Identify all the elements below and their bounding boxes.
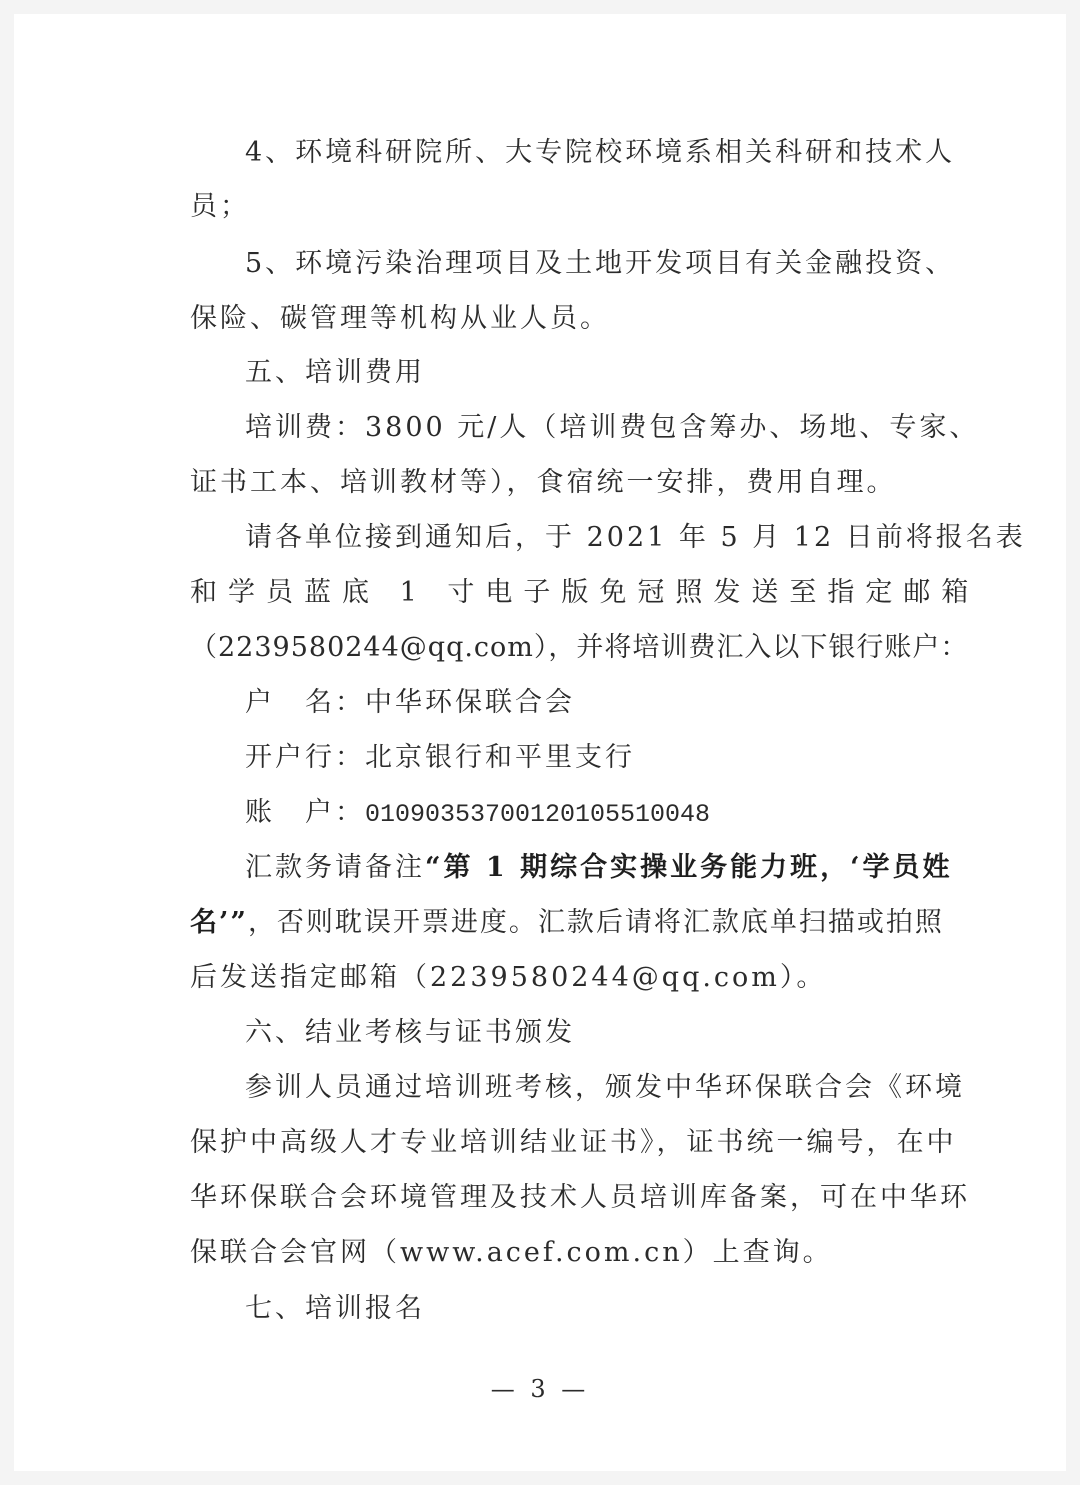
item-5-line-1: 5、环境污染治理项目及土地开发项目有关金融投资、 <box>245 247 925 281</box>
fee-line-2: 证书工本、培训教材等），食宿统一安排，费用自理。 <box>190 466 920 500</box>
bank-name-row: 开户行：北京银行和平里支行 <box>245 741 925 775</box>
remark-line-2: 名’”，否则耽误开票进度。汇款后请将汇款底单扫描或拍照 <box>190 906 920 940</box>
item-4-line-2: 员； <box>190 190 920 224</box>
account-number-row: 账 户：01090353700120105510048 <box>245 796 925 832</box>
remark-prefix: 汇款务请备注 <box>245 852 425 883</box>
section-7-heading: 七、培训报名 <box>245 1292 925 1326</box>
account-number-label: 账 户： <box>245 797 365 828</box>
bank-account-name-row: 户 名：中华环保联合会 <box>245 686 925 720</box>
remark-line-3: 后发送指定邮箱（2239580244@qq.com）。 <box>190 961 920 995</box>
certificate-line-3: 华环保联合会环境管理及技术人员培训库备案，可在中华环 <box>190 1181 920 1215</box>
item-4-line-1: 4、环境科研院所、大专院校环境系相关科研和技术人 <box>245 136 925 170</box>
notice-line-1: 请各单位接到通知后，于 2021 年 5 月 12 日前将报名表 <box>245 521 925 555</box>
account-name-label: 户 名： <box>245 687 365 718</box>
section-6-heading: 六、结业考核与证书颁发 <box>245 1016 925 1050</box>
section-5-heading: 五、培训费用 <box>245 356 925 390</box>
remark-bold-text-end: 名’” <box>190 907 248 938</box>
fee-line-1: 培训费：3800 元/人（培训费包含筹办、场地、专家、 <box>245 411 925 445</box>
bank-name-value: 北京银行和平里支行 <box>365 742 635 773</box>
bank-name-label: 开户行： <box>245 742 365 773</box>
remark-bold-text: “第 1 期综合实操业务能力班，‘学员姓 <box>425 852 953 883</box>
certificate-line-1: 参训人员通过培训班考核，颁发中华环保联合会《环境 <box>245 1071 925 1105</box>
account-number-value: 01090353700120105510048 <box>365 800 710 829</box>
page-number: — 3 — <box>0 1375 1080 1403</box>
remark-line-1: 汇款务请备注“第 1 期综合实操业务能力班，‘学员姓 <box>245 851 925 885</box>
notice-line-2: 和学员蓝底 1 寸电子版免冠照发送至指定邮箱 <box>190 576 920 610</box>
notice-line-3: （2239580244@qq.com），并将培训费汇入以下银行账户： <box>190 631 920 665</box>
item-5-line-2: 保险、碳管理等机构从业人员。 <box>190 302 920 336</box>
account-name-value: 中华环保联合会 <box>365 687 575 718</box>
certificate-line-2: 保护中高级人才专业培训结业证书》，证书统一编号，在中 <box>190 1126 920 1160</box>
remark-line-2-rest: ，否则耽误开票进度。汇款后请将汇款底单扫描或拍照 <box>248 907 944 938</box>
certificate-line-4: 保联合会官网（www.acef.com.cn）上查询。 <box>190 1236 920 1270</box>
